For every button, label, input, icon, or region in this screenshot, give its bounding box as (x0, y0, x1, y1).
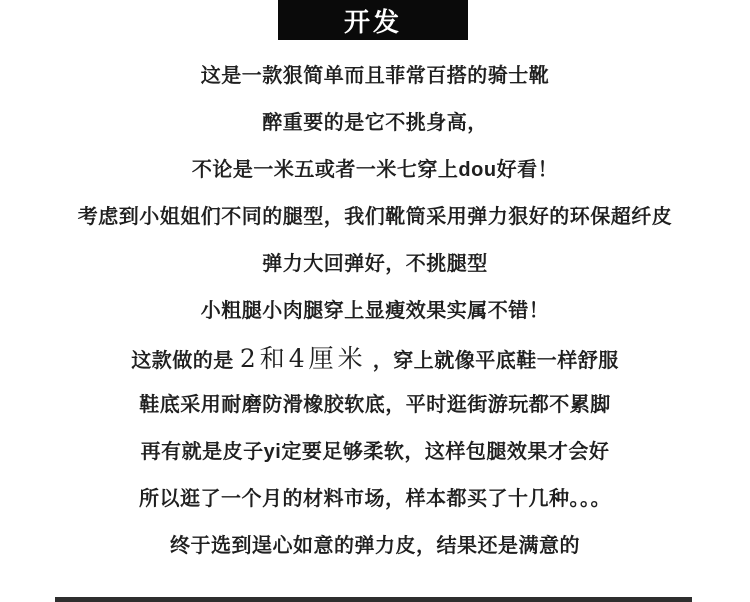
heel-height-prefix: 这款做的是 (131, 350, 240, 372)
description-line: 不论是一米五或者一米七穿上dou好看！ (0, 147, 750, 194)
next-section-banner-edge (55, 597, 692, 602)
description-line: 醉重要的是它不挑身高， (0, 100, 750, 147)
description-line: 考虑到小姐姐们不同的腿型，我们靴筒采用弹力狠好的环保超纤皮 (0, 194, 750, 241)
description-line: 再有就是皮子yi定要足够柔软，这样包腿效果才会好 (0, 429, 750, 476)
description-line: 小粗腿小肉腿穿上显瘦效果实属不错！ (0, 288, 750, 335)
description-line: 鞋底采用耐磨防滑橡胶软底，平时逛街游玩都不累脚 (0, 382, 750, 429)
section-title-banner: 开发 (278, 0, 468, 40)
description-line: 弹力大回弹好，不挑腿型 (0, 241, 750, 288)
heel-height-value: 2和4厘米 (240, 344, 367, 373)
description-line-heel-height: 这款做的是 2和4厘米 ，穿上就像平底鞋一样舒服 (0, 335, 750, 382)
description-line: 这是一款狠简单而且菲常百搭的骑士靴 (0, 53, 750, 100)
section-title: 开发 (344, 2, 402, 39)
description-text-block: 这是一款狠简单而且菲常百搭的骑士靴 醉重要的是它不挑身高， 不论是一米五或者一米… (0, 40, 750, 570)
description-line: 终于选到逞心如意的弹力皮，结果还是满意的 (0, 523, 750, 570)
heel-height-suffix: ，穿上就像平底鞋一样舒服 (367, 350, 619, 372)
product-description-page: 开发 这是一款狠简单而且菲常百搭的骑士靴 醉重要的是它不挑身高， 不论是一米五或… (0, 0, 750, 602)
description-line: 所以逛了一个月的材料市场，样本都买了十几种。。。 (0, 476, 750, 523)
